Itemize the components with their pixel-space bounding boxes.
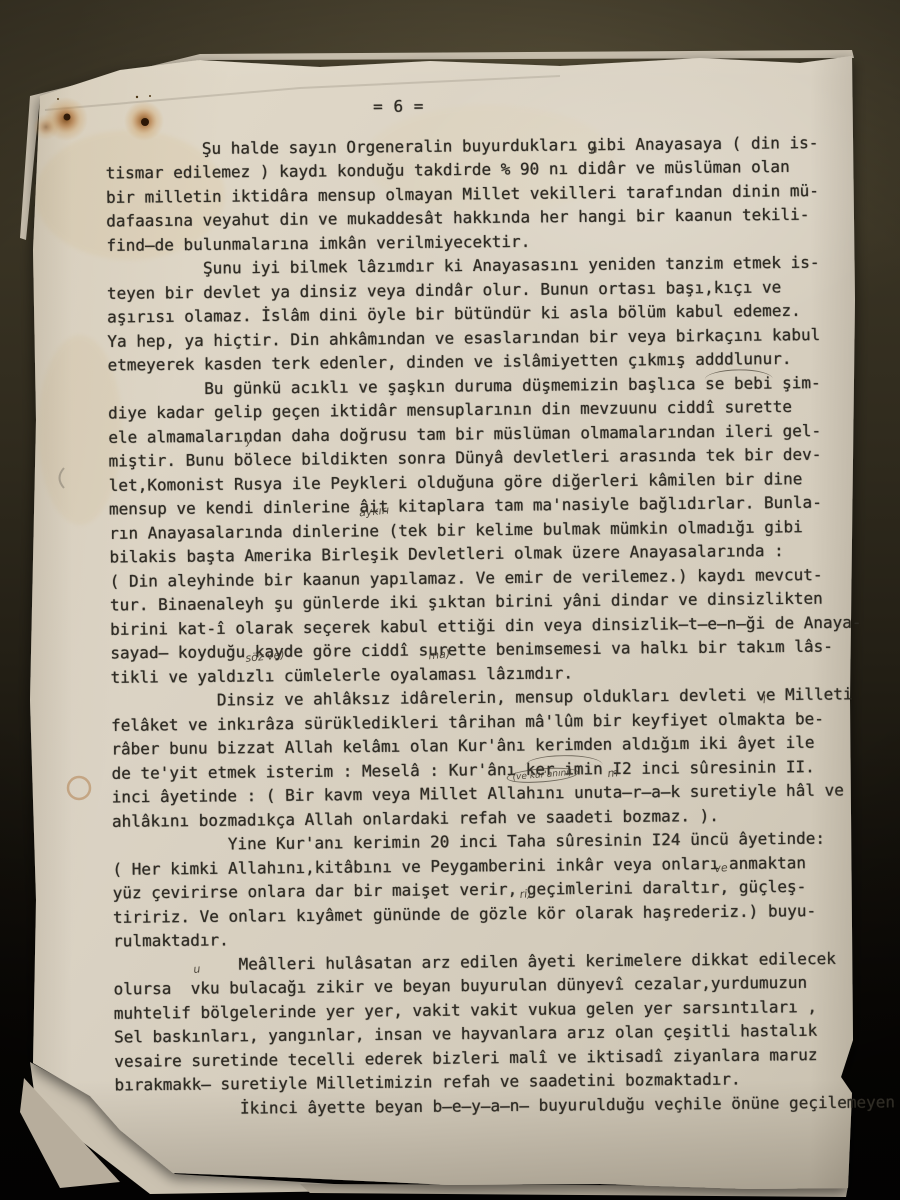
rust-stain-core [141,118,149,126]
photo-backdrop: = 6 = Şu halde sayın Orgeneralin buyurdu… [0,0,900,1200]
rust-stain [33,114,59,140]
document-content: = 6 = Şu halde sayın Orgeneralin buyurdu… [105,130,860,1147]
typewritten-lines: Şu halde sayın Orgeneralin buyurdukları … [105,130,859,1121]
rust-stain-core [64,114,71,121]
page-number: = 6 = [373,96,424,115]
speck [149,95,151,97]
speck [136,96,138,98]
speck [57,98,59,100]
